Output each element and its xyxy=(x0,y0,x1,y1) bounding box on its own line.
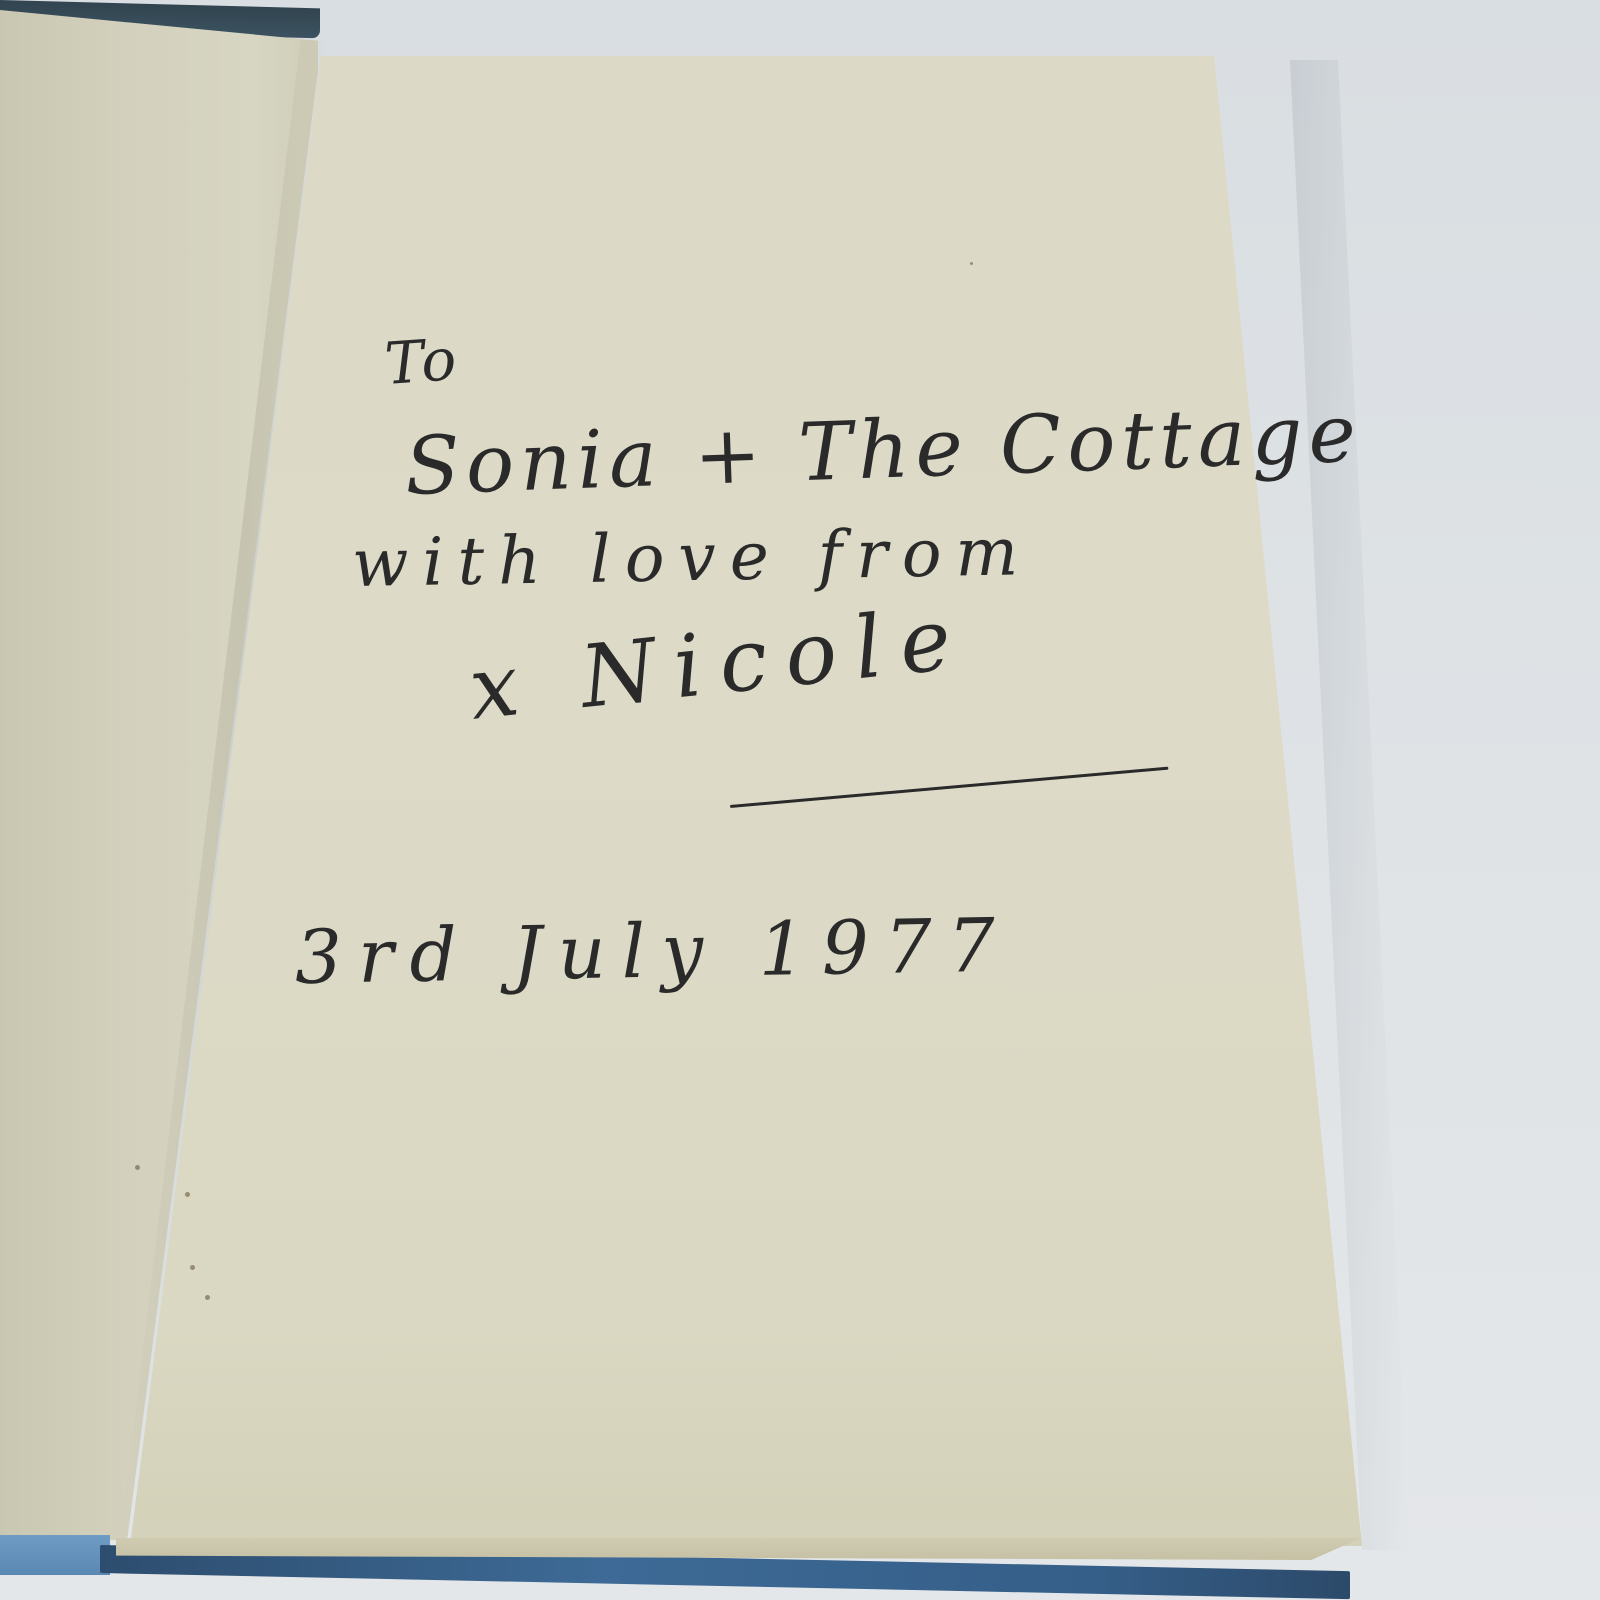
inscription-recipient: Sonia + The Cottage xyxy=(403,387,1363,513)
inscription-signature: x Nicole xyxy=(465,588,974,740)
inscription-to: To xyxy=(383,325,461,398)
handwritten-inscription: To Sonia + The Cottage with love from x … xyxy=(0,0,1600,1600)
signature-underline xyxy=(730,767,1169,808)
inscription-date: 3rd July 1977 xyxy=(294,903,1011,1001)
book-photo: To Sonia + The Cottage with love from x … xyxy=(0,0,1600,1600)
inscription-with-love: with love from xyxy=(351,513,1032,602)
